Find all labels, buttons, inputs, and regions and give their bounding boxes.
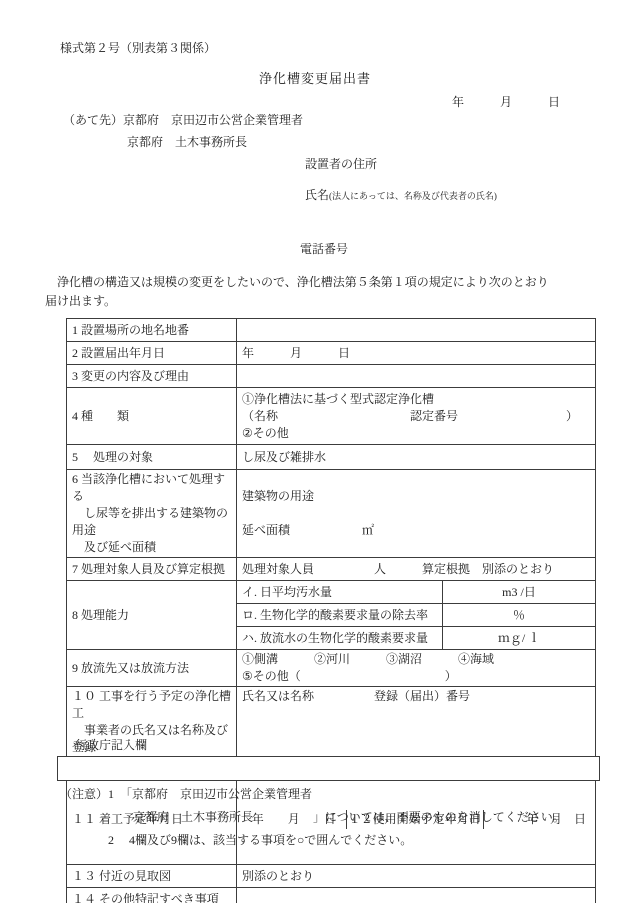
row-1-label: 1 設置場所の地名地番 [67,319,237,342]
installer-address-label: 設置者の住所 [305,156,377,173]
addressee-line-2: 京都府 土木事務所長 [127,134,247,151]
row-2-value: 年 月 日 [237,342,596,365]
table-row: 7 処理対象人員及び算定根拠 処理対象人員 人 算定根拠 別添のとおり [67,558,596,581]
row-6-label: 6 当該浄化槽において処理する し尿等を排出する建築物の用途 及び延べ面積 [67,470,237,558]
row-4-label: 4 種 類 [67,388,237,445]
table-row: 3 変更の内容及び理由 [67,365,596,388]
row-8-item-b: ロ. 生物化学的酸素要求量の除去率 [237,604,443,627]
table-row: 6 当該浄化槽において処理する し尿等を排出する建築物の用途 及び延べ面積 建築… [67,470,596,558]
date-line: 年 月 日 [452,94,560,111]
table-row: 2 設置届出年月日 年 月 日 [67,342,596,365]
intro-paragraph: 浄化槽の構造又は規模の変更をしたいので、浄化槽法第５条第１項の規定により次のとお… [45,273,595,311]
admin-entry-label: 行政庁記入欄 [75,737,147,754]
phone-label: 電話番号 [300,241,348,258]
note-line-2: 京都府 土木事務所長 」については、不要のものを消してください。 [133,809,565,826]
table-row: １４ その他特記すべき事項 [67,888,596,903]
row-6-value: 建築物の用途 延べ面積 ㎡ [237,470,596,558]
name-note: (法人にあっては、名称及び代表者の氏名) [329,191,497,201]
form-title: 浄化槽変更届出書 [0,70,630,87]
row-7-label: 7 処理対象人員及び算定根拠 [67,558,237,581]
row-8-value-b: ％ [443,604,596,627]
note-line-3: 2 4欄及び9欄は、該当する事項を○で囲んでください。 [108,832,412,849]
row-3-value [237,365,596,388]
table-row: 8 処理能力 イ. 日平均汚水量 m3 /日 [67,581,596,604]
row-9-label: 9 放流先又は放流方法 [67,650,237,687]
row-7-value: 処理対象人員 人 算定根拠 別添のとおり [237,558,596,581]
table-row: 5 処理の対象 し尿及び雑排水 [67,445,596,470]
form-number: 様式第２号（別表第３関係） [60,40,216,57]
table-row: 9 放流先又は放流方法 ①側溝 ②河川 ③湖沼 ④海域 ⑤その他（ ） [67,650,596,687]
row-1-value [237,319,596,342]
admin-entry-box [57,756,600,781]
row-8-value-a: m3 /日 [443,581,596,604]
table-row: 4 種 類 ①浄化槽法に基づく型式認定浄化槽 （名称 認定番号 ） ②その他 [67,388,596,445]
row-4-value: ①浄化槽法に基づく型式認定浄化槽 （名称 認定番号 ） ②その他 [237,388,596,445]
row-8-value-c: ｍｇ/ ｌ [443,627,596,650]
row-8-item-a: イ. 日平均汚水量 [237,581,443,604]
row-13-value: 別添のとおり [237,865,596,888]
row-3-label: 3 変更の内容及び理由 [67,365,237,388]
addressee-line-1: （あて先）京都府 京田辺市公営企業管理者 [63,112,303,129]
row-9-value: ①側溝 ②河川 ③湖沼 ④海域 ⑤その他（ ） [237,650,596,687]
note-line-1: （注意）1 「京都府 京田辺市公営企業管理者 [60,786,312,803]
row-13-label: １３ 付近の見取図 [67,865,237,888]
row-2-label: 2 設置届出年月日 [67,342,237,365]
row-8-item-c: ハ. 放流水の生物化学的酸素要求量 [237,627,443,650]
row-5-value: し尿及び雑排水 [237,445,596,470]
table-row: １３ 付近の見取図 別添のとおり [67,865,596,888]
row-5-label: 5 処理の対象 [67,445,237,470]
name-line: 氏名(法人にあっては、名称及び代表者の氏名) [305,187,497,205]
row-14-label: １４ その他特記すべき事項 [67,888,237,903]
name-label: 氏名 [305,188,329,202]
table-row: 1 設置場所の地名地番 [67,319,596,342]
row-8-label: 8 処理能力 [67,581,237,650]
document-page: 様式第２号（別表第３関係） 浄化槽変更届出書 年 月 日 （あて先）京都府 京田… [0,0,630,903]
row-14-value [237,888,596,903]
